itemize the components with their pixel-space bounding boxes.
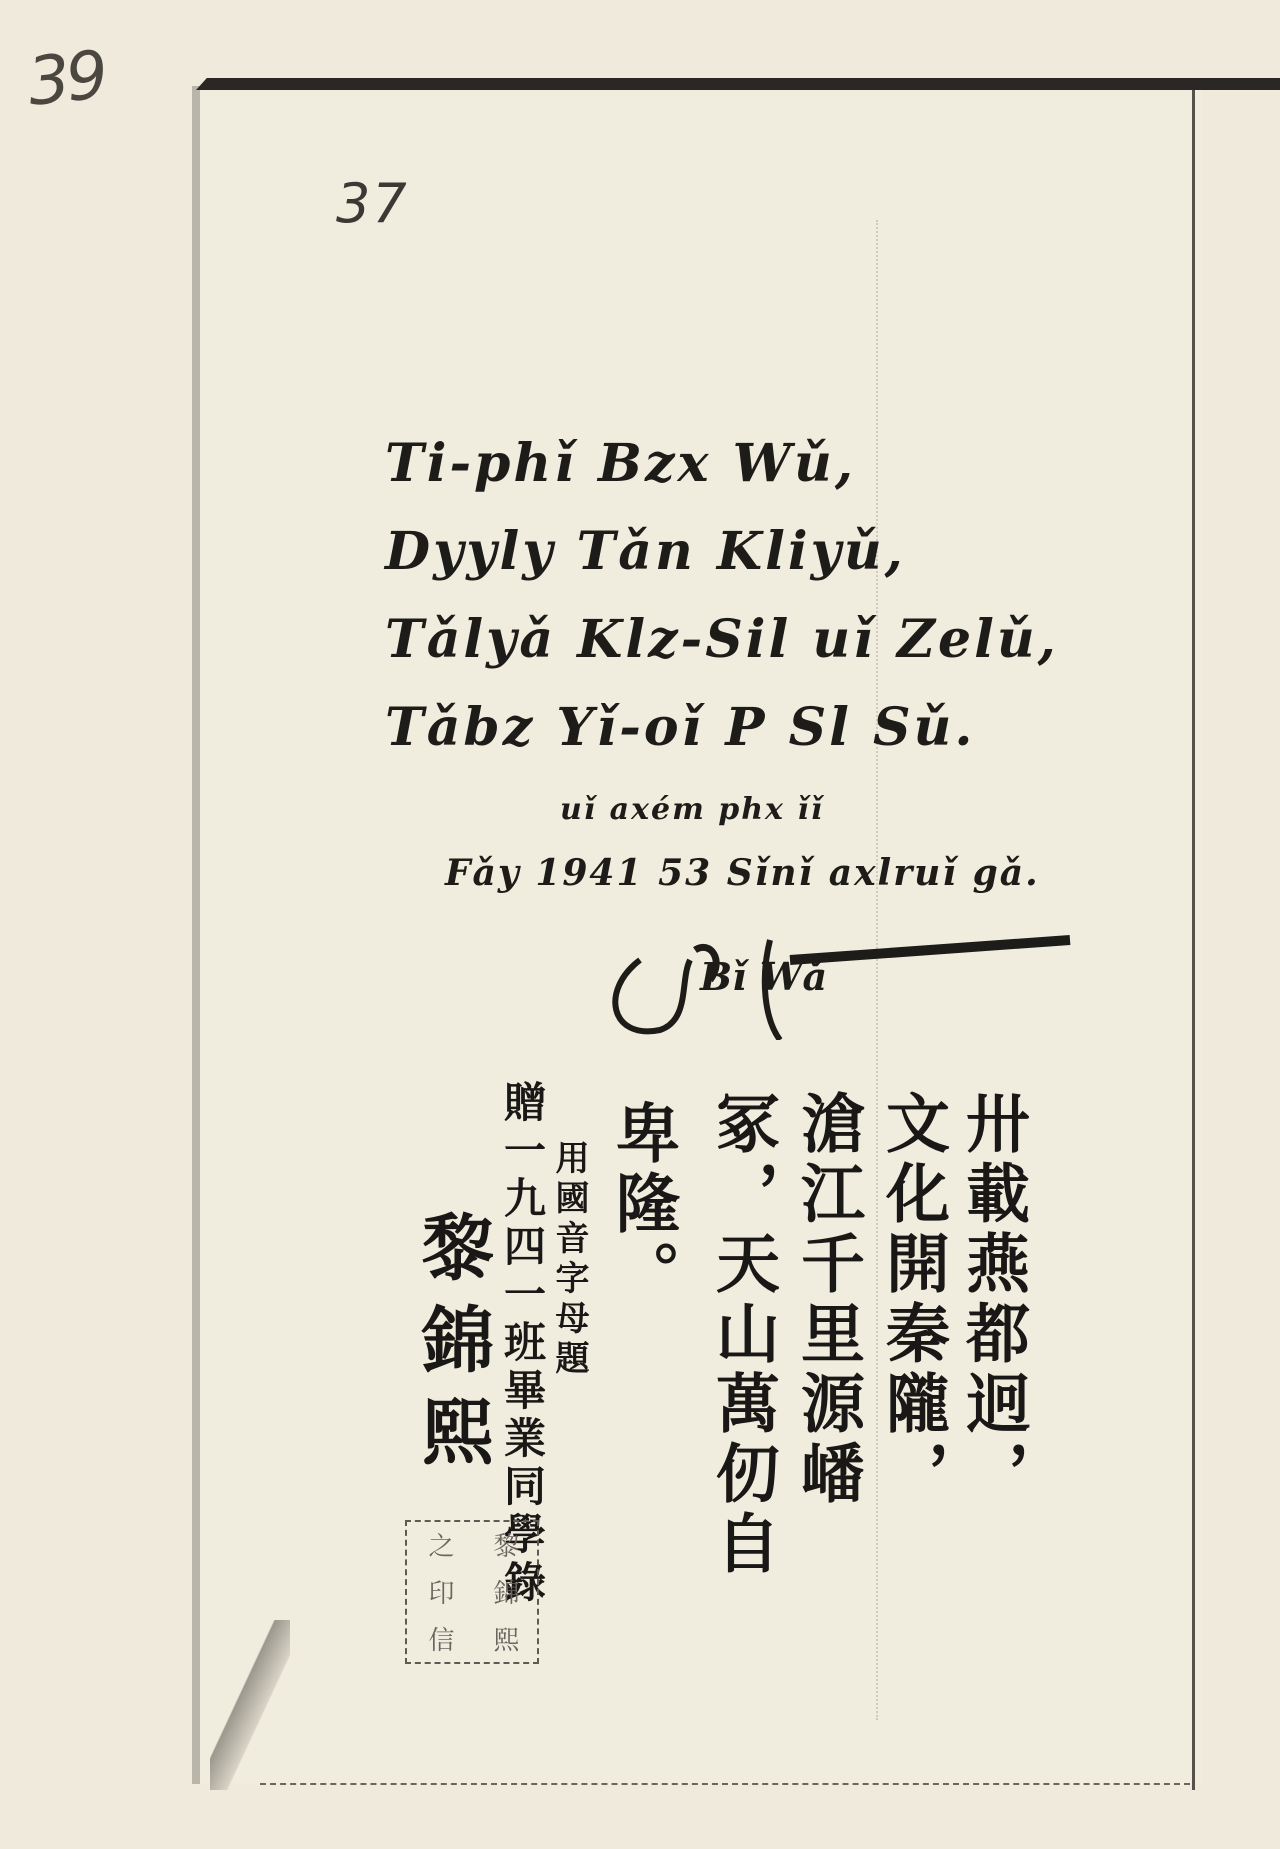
svg-text:Bǐ Wǎ: Bǐ Wǎ — [699, 954, 827, 999]
poem-column-1: 卅載燕都迥， — [960, 1090, 1024, 1510]
outer-page-number: 39 — [24, 36, 108, 121]
script-line-3: Tǎlyǎ Klz-Sil uǐ Zelǔ, — [385, 596, 1095, 684]
poem-column-3: 滄江千里源嶓 — [795, 1090, 859, 1510]
seal-char: 黎 — [486, 1532, 523, 1558]
folded-corner — [210, 1620, 290, 1790]
script-line-1: Ti-phǐ Bzx Wǔ, — [385, 420, 1095, 508]
signature-flourish-icon: Bǐ Wǎ — [600, 920, 1100, 1040]
seal-char: 之 — [421, 1532, 458, 1558]
inscription-dedication: 用國音字母題 — [545, 1140, 594, 1380]
poem-column-2: 文化開秦隴， — [880, 1090, 944, 1510]
inscription-author-name: 黎錦熙 — [400, 1210, 504, 1486]
poem-column-4: 冢，天山萬仞自 — [710, 1090, 774, 1580]
poem-column-5: 卑隆。 — [610, 1100, 674, 1310]
script-signature: Bǐ Wǎ — [600, 920, 1100, 1040]
inner-page-number: 37 — [336, 172, 409, 235]
author-seal-stamp: 黎 錦 熙 之 印 信 — [405, 1520, 539, 1664]
script-subline-1: uǐ axém phx ǐǐ — [560, 792, 824, 827]
top-border-rule — [196, 78, 1280, 90]
seal-char: 熙 — [486, 1626, 523, 1652]
seal-char: 信 — [421, 1626, 458, 1652]
seal-char: 錦 — [486, 1579, 523, 1605]
script-subline-date: Fǎy 1941 53 Sǐnǐ axlruǐ gǎ. — [445, 852, 1040, 894]
right-border-rule — [1192, 90, 1195, 1790]
phonetic-script-verse: Ti-phǐ Bzx Wǔ, Dyyly Tǎn Kliyǔ, Tǎlyǎ Kl… — [385, 420, 1095, 772]
script-line-2: Dyyly Tǎn Kliyǔ, — [385, 508, 1095, 596]
seal-char: 印 — [421, 1579, 458, 1605]
script-line-4: Tǎbz Yǐ-oǐ P Sl Sǔ. — [385, 684, 1095, 772]
bottom-border-rule — [260, 1783, 1190, 1787]
